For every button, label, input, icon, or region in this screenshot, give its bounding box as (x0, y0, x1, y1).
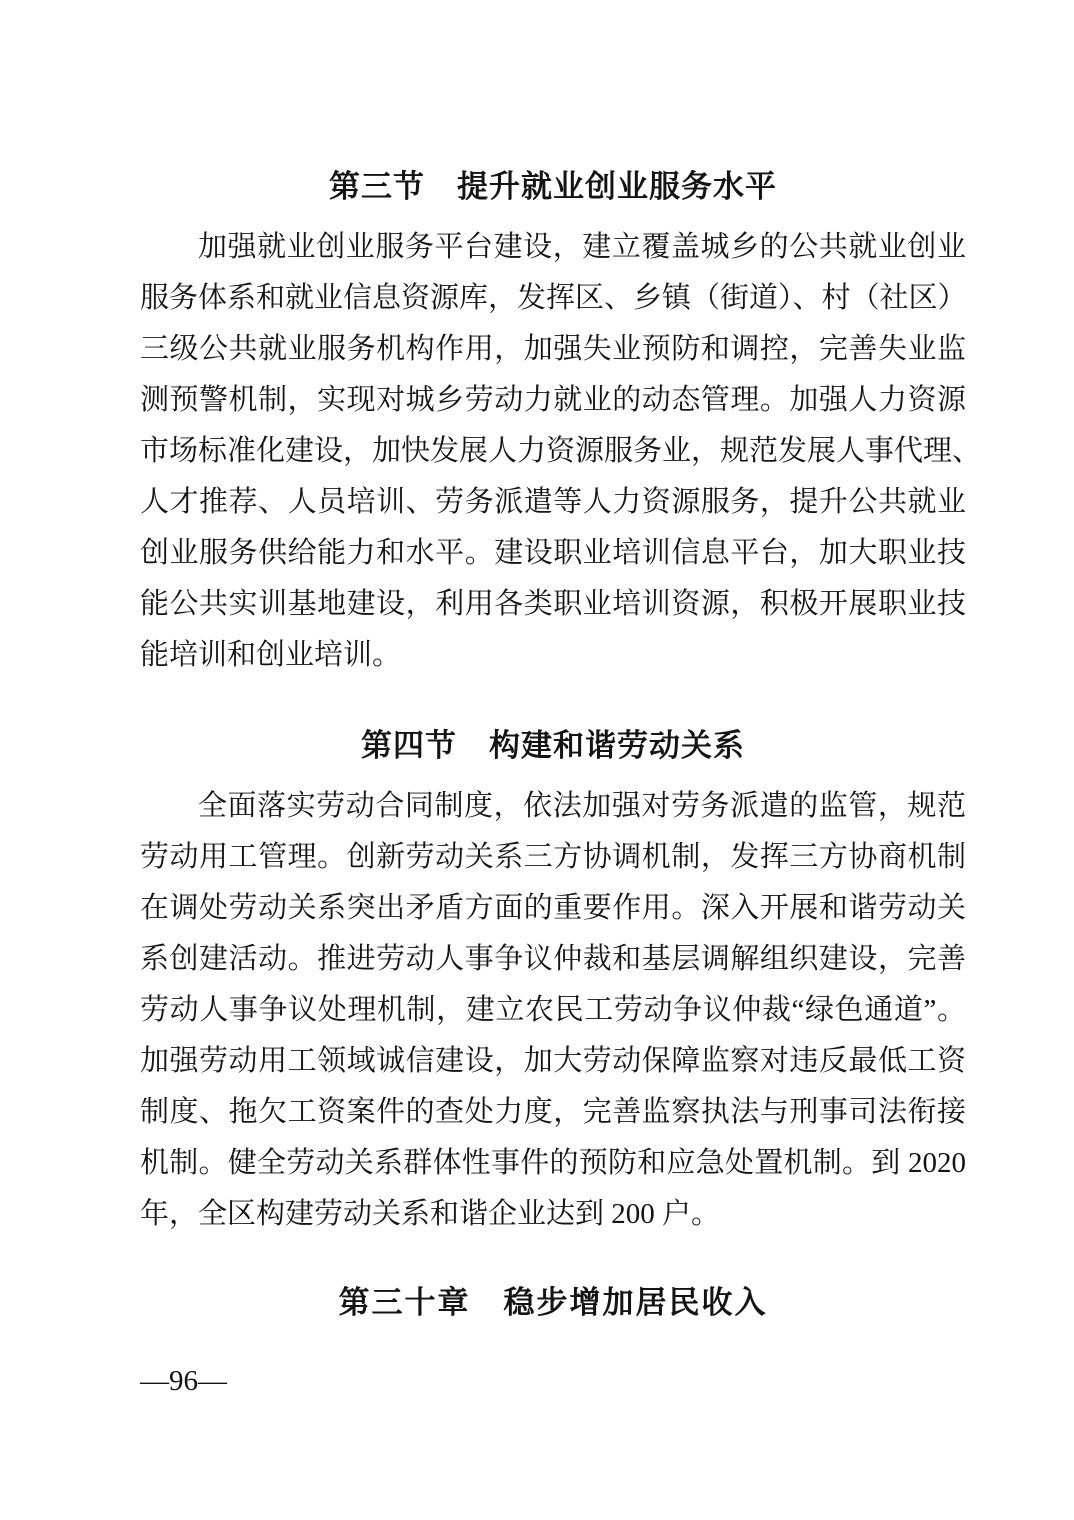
body-line: 能公共实训基地建设，利用各类职业培训资源，积极开展职业技 (140, 579, 966, 630)
body-line: 机制。健全劳动关系群体性事件的预防和应急处置机制。到 2020 (140, 1138, 966, 1189)
body-line: 制度、拖欠工资案件的查处力度，完善监察执法与刑事司法衔接 (140, 1087, 966, 1138)
section-3-paragraph: 加强就业创业服务平台建设，建立覆盖城乡的公共就业创业 服务体系和就业信息资源库，… (140, 206, 966, 681)
body-line: 市场标准化建设，加快发展人力资源服务业，规范发展人事代理、 (140, 426, 966, 477)
body-line: 系创建活动。推进劳动人事争议仲裁和基层调解组织建设，完善 (140, 934, 966, 985)
page-number: —96— (140, 1364, 227, 1398)
body-line: 全面落实劳动合同制度，依法加强对劳务派遣的监管，规范 (140, 781, 966, 832)
body-line: 加强就业创业服务平台建设，建立覆盖城乡的公共就业创业 (140, 222, 966, 273)
section-3-heading: 第三节 提升就业创业服务水平 (140, 0, 966, 206)
body-line: 劳动用工管理。创新劳动关系三方协调机制，发挥三方协商机制 (140, 832, 966, 883)
body-line: 服务体系和就业信息资源库，发挥区、乡镇（街道）、村（社区） (140, 273, 966, 324)
body-line: 创业服务供给能力和水平。建设职业培训信息平台，加大职业技 (140, 528, 966, 579)
body-line: 在调处劳动关系突出矛盾方面的重要作用。深入开展和谐劳动关 (140, 883, 966, 934)
body-line: 年，全区构建劳动关系和谐企业达到 200 户。 (140, 1189, 966, 1240)
section-4-heading: 第四节 构建和谐劳动关系 (140, 681, 966, 765)
section-4-paragraph: 全面落实劳动合同制度，依法加强对劳务派遣的监管，规范 劳动用工管理。创新劳动关系… (140, 765, 966, 1240)
body-line: 加强劳动用工领域诚信建设，加大劳动保障监察对违反最低工资 (140, 1036, 966, 1087)
body-line: 人才推荐、人员培训、劳务派遣等人力资源服务，提升公共就业 (140, 477, 966, 528)
body-line: 劳动人事争议处理机制，建立农民工劳动争议仲裁“绿色通道”。 (140, 985, 966, 1036)
chapter-30-heading: 第三十章 稳步增加居民收入 (140, 1240, 966, 1322)
body-line: 能培训和创业培训。 (140, 630, 966, 681)
body-line: 三级公共就业服务机构作用，加强失业预防和调控，完善失业监 (140, 324, 966, 375)
document-page: 第三节 提升就业创业服务水平 加强就业创业服务平台建设，建立覆盖城乡的公共就业创… (0, 0, 1074, 1520)
text-block: 第三节 提升就业创业服务水平 加强就业创业服务平台建设，建立覆盖城乡的公共就业创… (0, 0, 1074, 1322)
body-line: 测预警机制，实现对城乡劳动力就业的动态管理。加强人力资源 (140, 375, 966, 426)
